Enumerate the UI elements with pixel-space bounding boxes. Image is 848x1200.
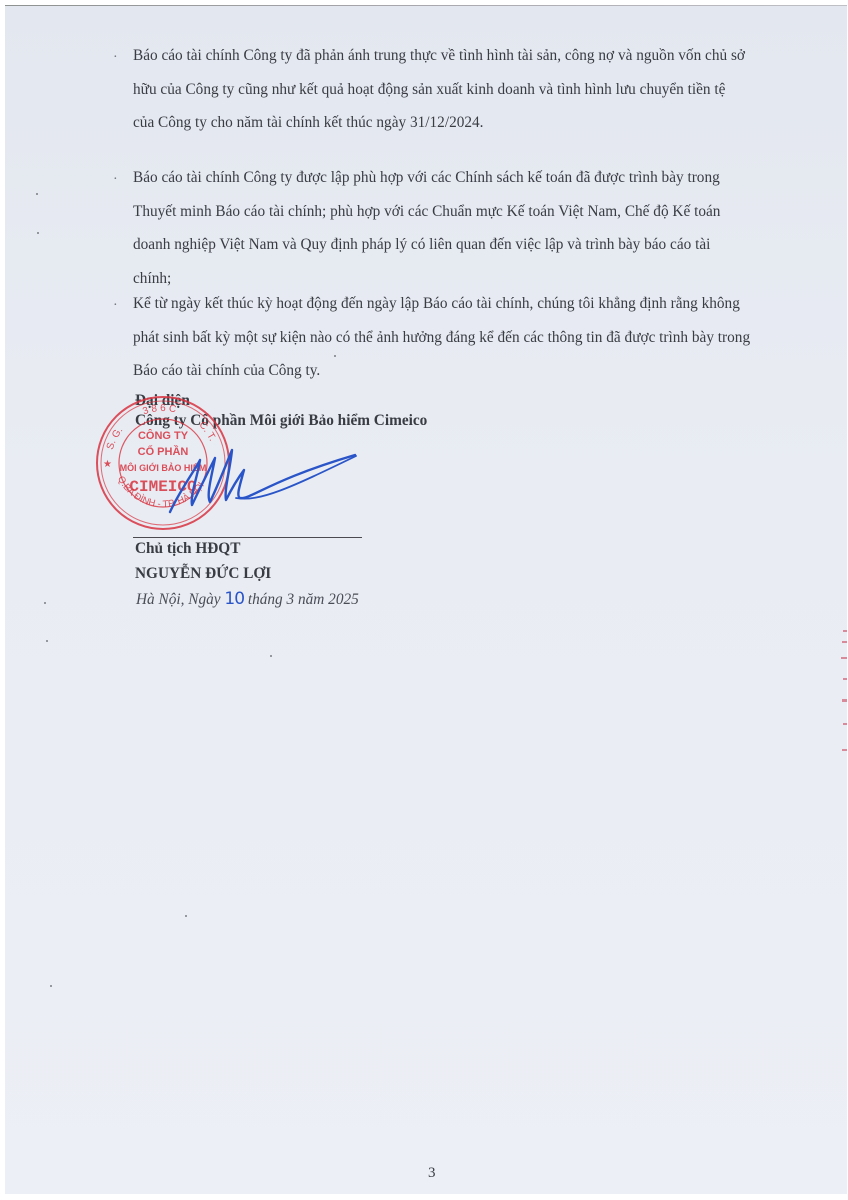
scan-speck (37, 232, 39, 234)
date-suffix: tháng 3 năm 2025 (244, 591, 359, 608)
text-line: Kể từ ngày kết thúc kỳ hoạt động đến ngà… (133, 287, 797, 321)
scan-speck (46, 640, 48, 642)
signer-title: Chủ tịch HĐQT (135, 540, 240, 558)
svg-text:3 8 6 C: 3 8 6 C (141, 403, 177, 417)
svg-text:★: ★ (103, 459, 112, 470)
scan-speck (50, 985, 52, 987)
paragraph-accounting-compliance: Báo cáo tài chính Công ty được lập phù h… (133, 161, 797, 295)
edge-stamp-bleed (838, 615, 848, 765)
scan-speck (270, 655, 272, 657)
scan-speck (36, 193, 38, 195)
signature-line (133, 537, 362, 538)
bullet-marker: · (113, 172, 118, 188)
scan-speck (185, 915, 187, 917)
stamp-ring-top: 3 8 6 C (141, 403, 177, 417)
date-day-handwritten: 10 (224, 589, 244, 609)
date-prefix: Hà Nội, Ngày (136, 591, 224, 608)
scan-speck (44, 602, 46, 604)
handwritten-signature (140, 440, 370, 520)
signing-date: Hà Nội, Ngày 10 tháng 3 năm 2025 (136, 589, 359, 609)
bullet-marker: · (113, 298, 118, 314)
text-line: Báo cáo tài chính Công ty đã phản ánh tr… (133, 39, 797, 73)
paragraph-fair-presentation: Báo cáo tài chính Công ty đã phản ánh tr… (133, 39, 797, 140)
paragraph-subsequent-events: Kể từ ngày kết thúc kỳ hoạt động đến ngà… (133, 287, 797, 388)
signer-name: NGUYỄN ĐỨC LỢI (135, 565, 271, 583)
bullet-marker: · (113, 50, 118, 66)
text-line: doanh nghiệp Việt Nam và Quy định pháp l… (133, 228, 797, 262)
text-line: Thuyết minh Báo cáo tài chính; phù hợp v… (133, 195, 797, 229)
text-line: Báo cáo tài chính của Công ty. (133, 354, 797, 388)
text-line: của Công ty cho năm tài chính kết thúc n… (133, 106, 797, 140)
text-line: phát sinh bất kỳ một sự kiện nào có thể … (133, 321, 797, 355)
page-number: 3 (428, 1165, 436, 1182)
text-line: hữu của Công ty cũng như kết quả hoạt độ… (133, 73, 797, 107)
text-line: Báo cáo tài chính Công ty được lập phù h… (133, 161, 797, 195)
scan-speck (334, 355, 336, 357)
